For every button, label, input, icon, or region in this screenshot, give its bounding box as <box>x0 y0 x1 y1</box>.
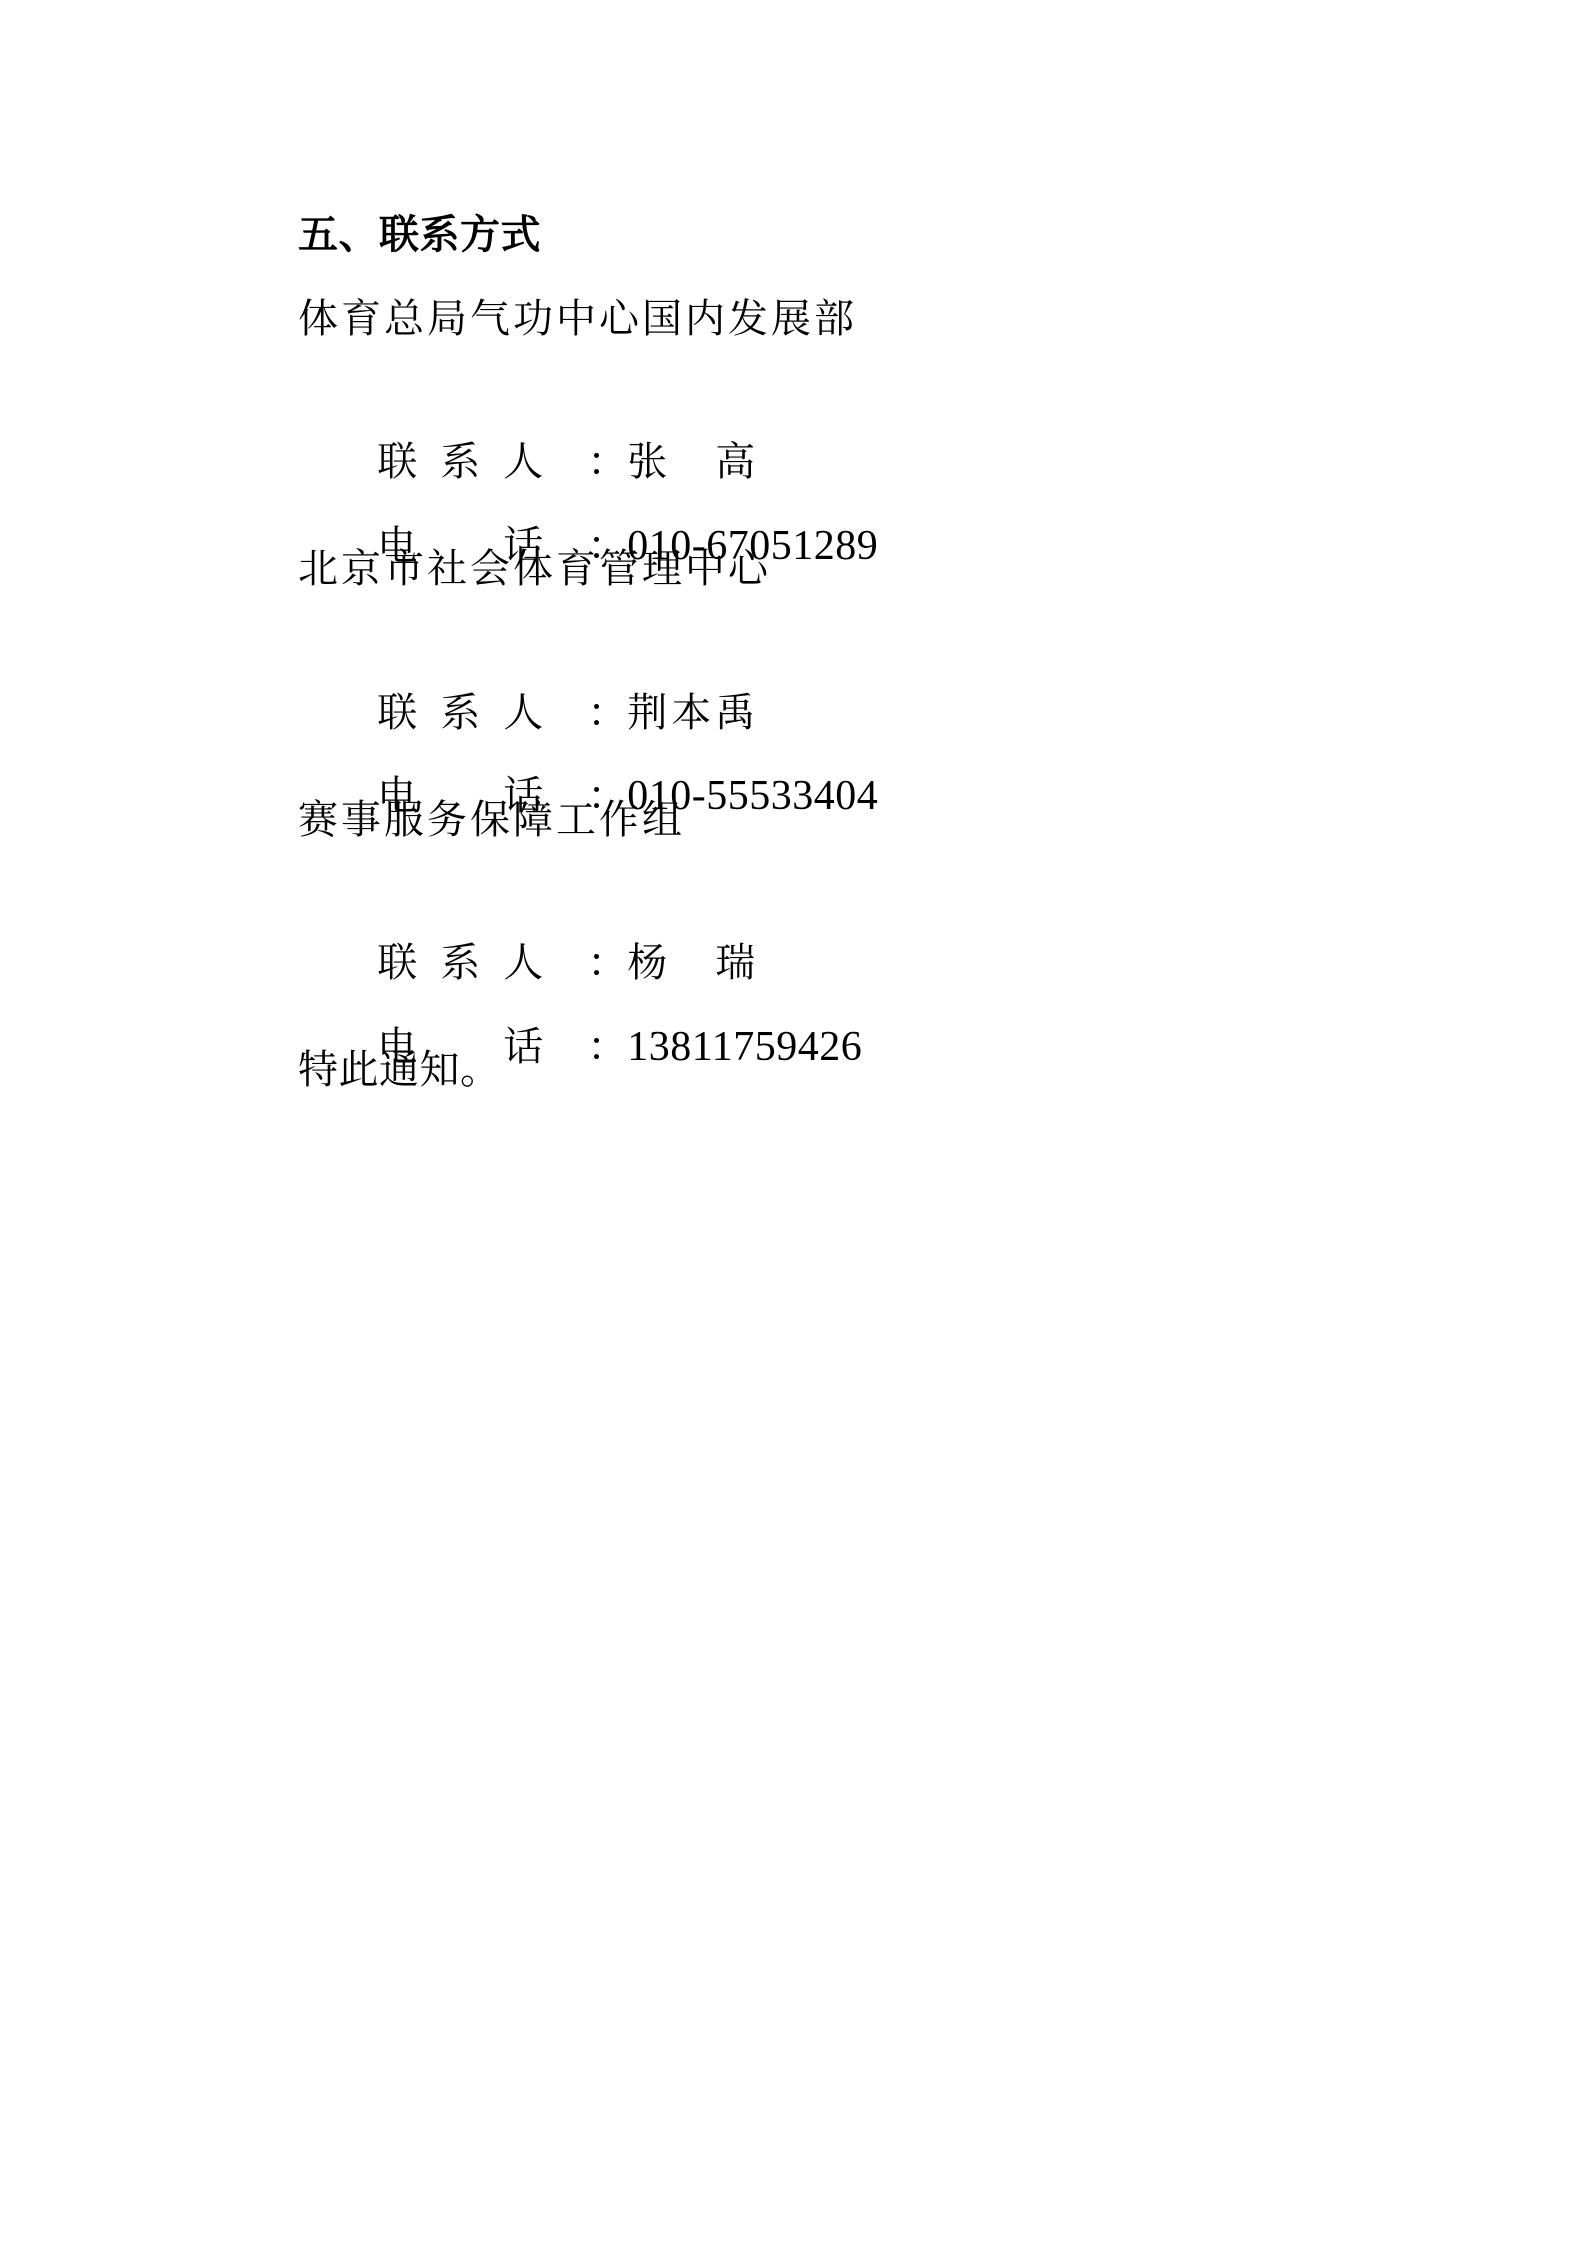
contact-person-name: 张 高 <box>627 439 759 485</box>
contact-section: 五、联系方式 体育总局气功中心国内发展部 联系人：张 高 电话：010-6705… <box>298 205 1298 1124</box>
contact-person-row: 联系人：荆本禹 <box>298 623 1298 707</box>
contact-person-label: 联系人 <box>377 432 587 492</box>
colon: ： <box>587 683 627 743</box>
section-heading: 五、联系方式 <box>298 205 1298 289</box>
phone-number: 13811759426 <box>627 1024 862 1070</box>
contact-person-name: 荆本禹 <box>627 690 759 736</box>
contact-person-row: 联系人：张 高 <box>298 372 1298 456</box>
organization-name: 体育总局气功中心国内发展部 <box>298 289 1298 373</box>
document-page: 五、联系方式 体育总局气功中心国内发展部 联系人：张 高 电话：010-6705… <box>0 0 1588 2245</box>
colon: ： <box>587 933 627 993</box>
contact-person-label: 联系人 <box>377 933 587 993</box>
contact-person-name: 杨 瑞 <box>627 940 759 986</box>
colon: ： <box>587 1017 627 1077</box>
colon: ： <box>587 432 627 492</box>
contact-person-row: 联系人：杨 瑞 <box>298 873 1298 957</box>
contact-person-label: 联系人 <box>377 683 587 743</box>
